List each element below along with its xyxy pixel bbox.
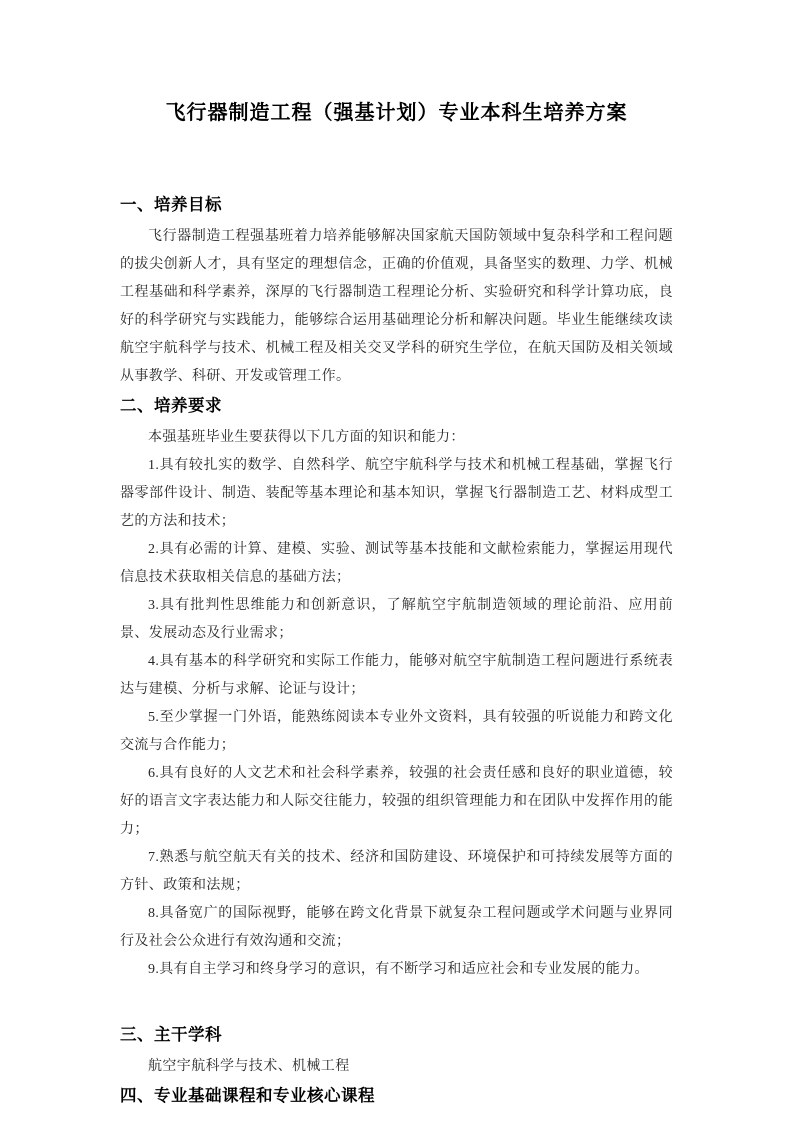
- section-core-courses: 四、专业基础课程和专业核心课程: [120, 1083, 673, 1109]
- paragraph: 7.熟悉与航空航天有关的技术、经济和国防建设、环境保护和可持续发展等方面的方针、…: [120, 844, 673, 900]
- paragraph: 5.至少掌握一门外语，能熟练阅读本专业外文资料，具有较强的听说能力和跨文化交流与…: [120, 704, 673, 760]
- section-body-training-requirements: 本强基班毕业生要获得以下几方面的知识和能力：1.具有较扎实的数学、自然科学、航空…: [120, 424, 673, 984]
- section-heading-core-courses: 四、专业基础课程和专业核心课程: [120, 1083, 673, 1109]
- paragraph: 航空宇航科学与技术、机械工程: [120, 1053, 673, 1081]
- paragraph: 8.具备宽广的国际视野，能够在跨文化背景下就复杂工程问题或学术问题与业界同行及社…: [120, 900, 673, 956]
- paragraph: 3.具有批判性思维能力和创新意识，了解航空宇航制造领域的理论前沿、应用前景、发展…: [120, 592, 673, 648]
- section-heading-training-requirements: 二、培养要求: [120, 393, 673, 419]
- paragraph: 4.具有基本的科学研究和实际工作能力，能够对航空宇航制造工程问题进行系统表达与建…: [120, 648, 673, 704]
- paragraph: 本强基班毕业生要获得以下几方面的知识和能力：: [120, 424, 673, 452]
- section-heading-main-disciplines: 三、主干学科: [120, 1022, 673, 1048]
- paragraph: 2.具有必需的计算、建模、实验、测试等基本技能和文献检索能力，掌握运用现代信息技…: [120, 536, 673, 592]
- paragraph: 9.具有自主学习和终身学习的意识，有不断学习和适应社会和专业发展的能力。: [120, 956, 673, 984]
- paragraph: 6.具有良好的人文艺术和社会科学素养，较强的社会责任感和良好的职业道德，较好的语…: [120, 760, 673, 844]
- section-body-main-disciplines: 航空宇航科学与技术、机械工程: [120, 1053, 673, 1081]
- section-heading-training-objectives: 一、培养目标: [120, 192, 673, 218]
- document-title: 飞行器制造工程（强基计划）专业本科生培养方案: [120, 100, 673, 126]
- paragraph: 飞行器制造工程强基班着力培养能够解决国家航天国防领域中复杂科学和工程问题的拔尖创…: [120, 223, 673, 391]
- paragraph: 1.具有较扎实的数学、自然科学、航空宇航科学与技术和机械工程基础，掌握飞行器零部…: [120, 452, 673, 536]
- section-training-objectives: 一、培养目标 飞行器制造工程强基班着力培养能够解决国家航天国防领域中复杂科学和工…: [120, 192, 673, 391]
- section-training-requirements: 二、培养要求 本强基班毕业生要获得以下几方面的知识和能力：1.具有较扎实的数学、…: [120, 393, 673, 984]
- document-page: 飞行器制造工程（强基计划）专业本科生培养方案 一、培养目标 飞行器制造工程强基班…: [0, 0, 794, 1123]
- section-main-disciplines: 三、主干学科 航空宇航科学与技术、机械工程: [120, 1022, 673, 1081]
- section-body-training-objectives: 飞行器制造工程强基班着力培养能够解决国家航天国防领域中复杂科学和工程问题的拔尖创…: [120, 223, 673, 391]
